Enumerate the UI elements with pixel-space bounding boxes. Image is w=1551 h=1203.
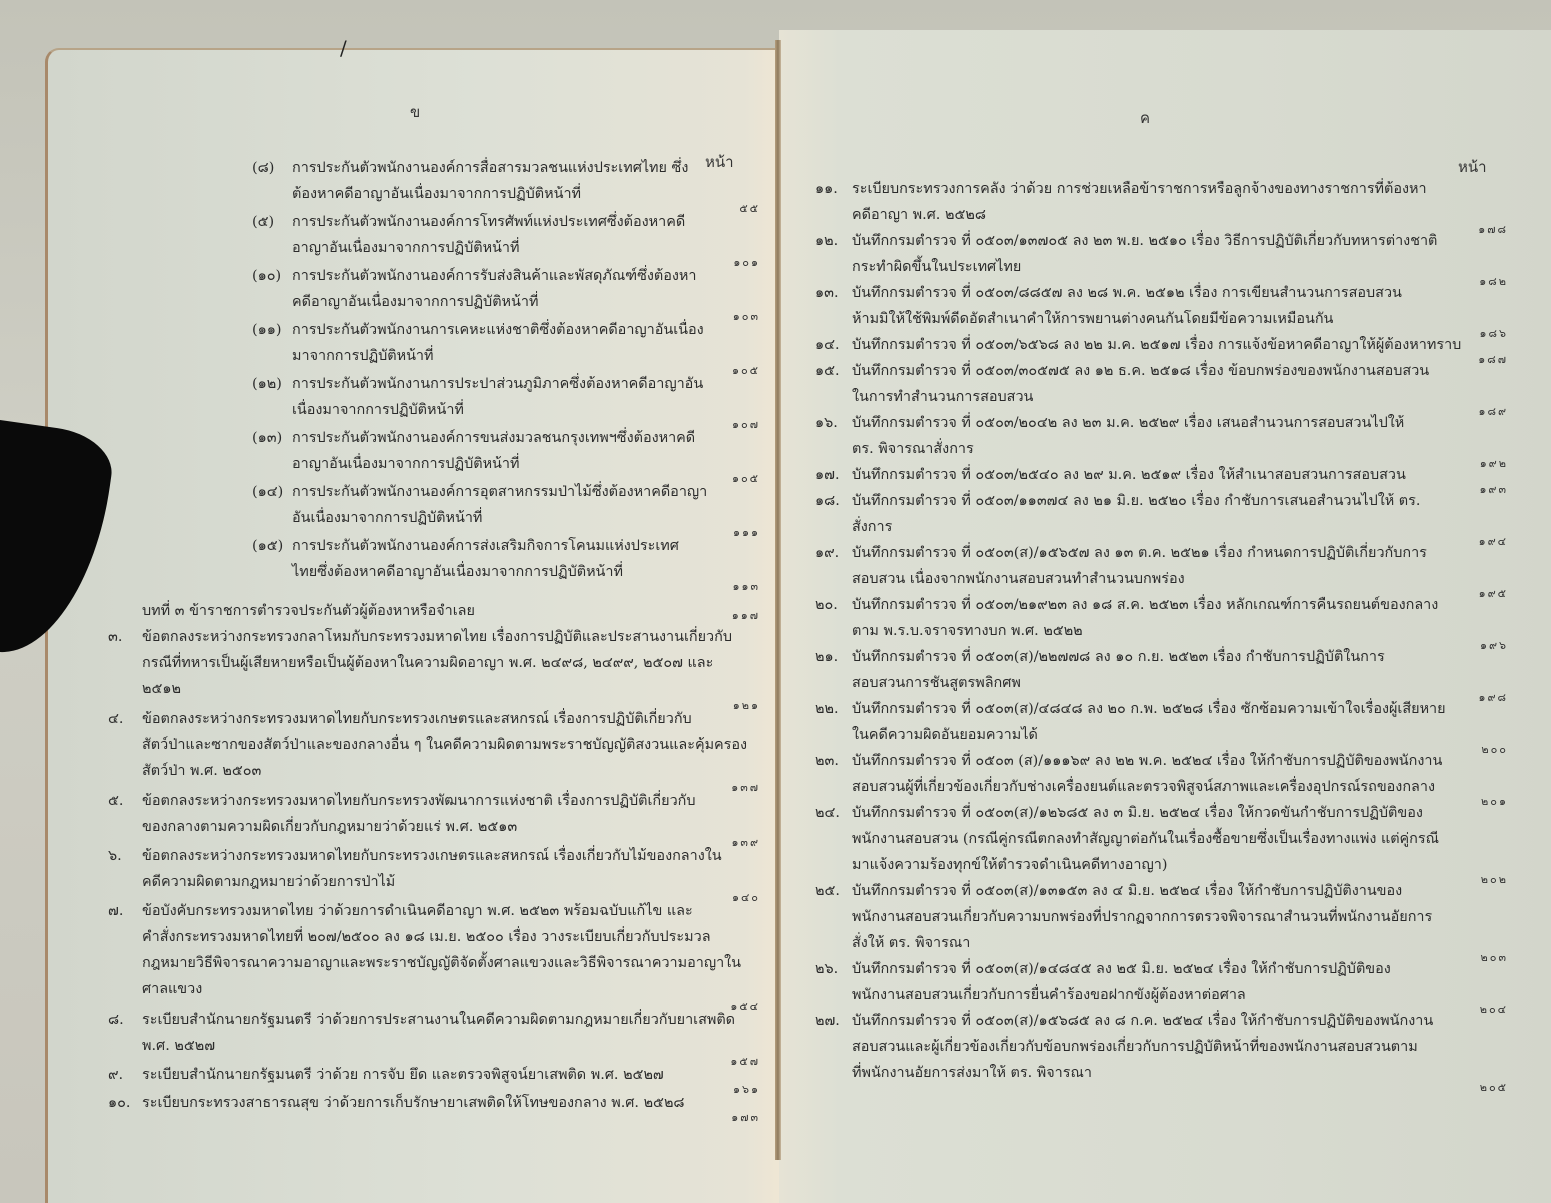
- toc-entry-text: บันทึกกรมตำรวจ ที่ ๐๕๐๓/๒๐๔๒ ลง ๒๓ ม.ค. …: [852, 410, 1404, 436]
- toc-entry-text: บันทึกกรมตำรวจ ที่ ๐๕๐๓/๓๐๕๗๕ ลง ๑๒ ธ.ค.…: [852, 358, 1429, 384]
- toc-entry-number: ๓.: [108, 624, 122, 650]
- toc-entry-number: ๒๔.: [815, 800, 840, 826]
- toc-entry-number: (๘): [252, 155, 274, 181]
- toc-page-number: ๑๑๑: [700, 523, 760, 541]
- toc-entry-text: ระเบียบสำนักนายกรัฐมนตรี ว่าด้วยการประสา…: [142, 1007, 735, 1033]
- toc-page-number: ๑๐๕: [700, 469, 760, 487]
- toc-entry: ๑๖.บันทึกกรมตำรวจ ที่ ๐๕๐๓/๒๐๔๒ ลง ๒๓ ม.…: [852, 410, 1404, 462]
- toc-entry-text: บันทึกกรมตำรวจ ที่ ๐๕๐๓(ส)/๑๒๖๘๕ ลง ๓ มิ…: [852, 800, 1439, 826]
- toc-entry-text: ไทยซึ่งต้องหาคดีอาญาอันเนื่องมาจากการปฏิ…: [292, 559, 679, 585]
- toc-entry-text: ห้ามมิให้ใช้พิมพ์ดีดอัดสำเนาคำให้การพยาน…: [852, 306, 1402, 332]
- toc-entry-number: ๑๖.: [815, 410, 838, 436]
- toc-entry: ๖.ข้อตกลงระหว่างกระทรวงมหาดไทยกับกระทรวง…: [142, 843, 722, 895]
- toc-page-number: ๑๐๗: [700, 415, 760, 433]
- toc-entry: ๑๓.บันทึกกรมตำรวจ ที่ ๐๕๐๓/๘๘๕๗ ลง ๒๘ พ.…: [852, 280, 1402, 332]
- toc-entry-text: บันทึกกรมตำรวจ ที่ ๐๕๐๓(ส)/๑๕๖๘๕ ลง ๘ ก.…: [852, 1008, 1433, 1034]
- toc-entry-number: ๑๗.: [815, 462, 840, 488]
- toc-entry: ๑๔.บันทึกกรมตำรวจ ที่ ๐๕๐๓/๖๕๖๘ ลง ๒๒ ม.…: [852, 332, 1461, 358]
- toc-entry-number: (๕): [252, 209, 274, 235]
- toc-entry-text: สัตว์ป่าและซากของสัตว์ป่าและของกลางอื่น …: [142, 732, 747, 758]
- toc-page-number: ๑๙๕: [1448, 584, 1508, 602]
- toc-entry: ๒๗.บันทึกกรมตำรวจ ที่ ๐๕๐๓(ส)/๑๕๖๘๕ ลง ๘…: [852, 1008, 1433, 1086]
- toc-entry-text: กฎหมายวิธีพิจารณาความอาญาและพระราชบัญญัต…: [142, 950, 741, 976]
- toc-entry-text: บันทึกกรมตำรวจ ที่ ๐๕๐๓(ส)/๑๔๘๔๕ ลง ๒๕ ม…: [852, 956, 1391, 982]
- toc-entry-text: บันทึกกรมตำรวจ ที่ ๐๕๐๓ (ส)/๑๑๑๖๙ ลง ๒๒ …: [852, 748, 1442, 774]
- toc-entry: ๙.ระเบียบสำนักนายกรัฐมนตรี ว่าด้วย การจั…: [142, 1062, 664, 1088]
- toc-entry-number: ๘.: [108, 1007, 124, 1033]
- chapter-title: บทที่ ๓ ข้าราชการตำรวจประกันตัวผู้ต้องหา…: [142, 598, 475, 624]
- toc-entry-text: ๒๕๑๒: [142, 676, 732, 702]
- toc-entry-text: บันทึกกรมตำรวจ ที่ ๐๕๐๓/๒๑๙๒๓ ลง ๑๘ ส.ค.…: [852, 592, 1438, 618]
- toc-entry: ๑๒.บันทึกกรมตำรวจ ที่ ๐๕๐๓/๑๓๗๐๕ ลง ๒๓ พ…: [852, 228, 1437, 280]
- toc-entry-text: บันทึกกรมตำรวจ ที่ ๐๕๐๓(ส)/๑๓๑๕๓ ลง ๔ มิ…: [852, 878, 1432, 904]
- toc-entry: (๑๑)การประกันตัวพนักงานการเคหะแห่งชาติซึ…: [292, 317, 704, 369]
- toc-entry-number: ๒๑.: [815, 644, 838, 670]
- toc-entry-text: ที่พนักงานอัยการส่งมาให้ ตร. พิจารณา: [852, 1060, 1433, 1086]
- toc-page-number: ๑๖๑: [700, 1080, 760, 1098]
- toc-page-number: ๒๐๔: [1448, 1000, 1508, 1018]
- toc-entry-number: ๑๑.: [815, 176, 838, 202]
- toc-entry-text: มาแจ้งความร้องทุกข์ให้ตำรวจดำเนินคดีทางอ…: [852, 852, 1439, 878]
- page-letter-left: ข: [410, 100, 420, 124]
- toc-entry-text: คดีอาญา พ.ศ. ๒๕๒๘: [852, 202, 1427, 228]
- toc-entry-number: ๑๔.: [815, 332, 840, 358]
- toc-entry-text: อันเนื่องมาจากการปฏิบัติหน้าที่: [292, 505, 707, 531]
- toc-page-number: ๑๐๓: [700, 307, 760, 325]
- toc-page-number: ๑๐๕: [700, 361, 760, 379]
- stray-pen-mark: /: [340, 36, 347, 60]
- toc-entry-text: การประกันตัวพนักงานองค์การรับส่งสินค้าแล…: [292, 263, 697, 289]
- toc-entry: ๒๑.บันทึกกรมตำรวจ ที่ ๐๕๐๓(ส)/๒๒๗๗๘ ลง ๑…: [852, 644, 1385, 696]
- toc-page-number: ๒๐๓: [1448, 948, 1508, 966]
- toc-entry-number: ๒๗.: [815, 1008, 840, 1034]
- toc-entry-text: ตร. พิจารณาสั่งการ: [852, 436, 1404, 462]
- toc-page-number: ๒๐๒: [1448, 870, 1508, 888]
- toc-entry-text: การประกันตัวพนักงานการประปาส่วนภูมิภาคซึ…: [292, 371, 703, 397]
- toc-entry-text: การประกันตัวพนักงานองค์การส่งเสริมกิจการ…: [292, 533, 679, 559]
- toc-entry-text: บันทึกกรมตำรวจ ที่ ๐๕๐๓(ส)/๑๕๖๕๗ ลง ๑๓ ต…: [852, 540, 1427, 566]
- page-column-header-right: หน้า: [1458, 155, 1487, 179]
- toc-entry: ๕.ข้อตกลงระหว่างกระทรวงมหาดไทยกับกระทรวง…: [142, 788, 696, 840]
- toc-page-number: ๑๘๗: [1448, 350, 1508, 368]
- toc-entry-number: ๑๓.: [815, 280, 839, 306]
- toc-entry-text: ของกลางตามความผิดเกี่ยวกับกฎหมายว่าด้วยแ…: [142, 814, 696, 840]
- toc-entry: (๑๐)การประกันตัวพนักงานองค์การรับส่งสินค…: [292, 263, 697, 315]
- toc-entry-text: ระเบียบกระทรวงการคลัง ว่าด้วย การช่วยเหล…: [852, 176, 1427, 202]
- toc-entry: ๑๕.บันทึกกรมตำรวจ ที่ ๐๕๐๓/๓๐๕๗๕ ลง ๑๒ ธ…: [852, 358, 1429, 410]
- toc-entry: (๑๒)การประกันตัวพนักงานการประปาส่วนภูมิภ…: [292, 371, 703, 423]
- toc-page-number: ๑๙๓: [1448, 480, 1508, 498]
- toc-entry-text: คดีความผิดตามกฎหมายว่าด้วยการป่าไม้: [142, 869, 722, 895]
- toc-entry-number: ๑๙.: [815, 540, 839, 566]
- toc-entry-number: ๑๘.: [815, 488, 840, 514]
- toc-entry: ๑๐.ระเบียบกระทรวงสาธารณสุข ว่าด้วยการเก็…: [142, 1090, 685, 1116]
- toc-page-number: ๑๑๗: [700, 606, 760, 624]
- toc-entry-text: สอบสวนผู้ที่เกี่ยวข้องเกี่ยวกับช่างเครื่…: [852, 774, 1442, 800]
- toc-entry-number: ๒๕.: [815, 878, 840, 904]
- toc-entry: ๒๓.บันทึกกรมตำรวจ ที่ ๐๕๐๓ (ส)/๑๑๑๖๙ ลง …: [852, 748, 1442, 800]
- toc-page-number: ๑๕๗: [700, 1052, 760, 1070]
- toc-entry-text: อาญาอันเนื่องมาจากการปฏิบัติหน้าที่: [292, 235, 685, 261]
- toc-entry-text: ข้อตกลงระหว่างกระทรวงกลาโหมกับกระทรวงมหา…: [142, 624, 732, 650]
- toc-entry-number: ๑๒.: [815, 228, 838, 254]
- toc-entry-number: ๔.: [108, 706, 123, 732]
- toc-page-number: ๑๑๓: [700, 577, 760, 595]
- toc-page-number: ๑๘๙: [1448, 402, 1508, 420]
- toc-entry-number: (๑๕): [252, 533, 283, 559]
- toc-page-number: ๑๙๖: [1448, 636, 1508, 654]
- toc-entry: ๑๑.ระเบียบกระทรวงการคลัง ว่าด้วย การช่วย…: [852, 176, 1427, 228]
- toc-entry-text: ศาลแขวง: [142, 976, 741, 1002]
- toc-entry: ๑๗.บันทึกกรมตำรวจ ที่ ๐๕๐๓/๒๕๔๐ ลง ๒๙ ม.…: [852, 462, 1406, 488]
- toc-entry-text: สอบสวนและผู้เกี่ยวข้องเกี่ยวกับข้อบกพร่อ…: [852, 1034, 1433, 1060]
- toc-entry-text: บันทึกกรมตำรวจ ที่ ๐๕๐๓(ส)/๔๘๔๘ ลง ๒๐ ก.…: [852, 696, 1446, 722]
- toc-entry-number: (๑๔): [252, 479, 283, 505]
- toc-entry-number: ๒๒.: [815, 696, 839, 722]
- toc-entry-text: การประกันตัวพนักงานองค์การโทรศัพท์แห่งปร…: [292, 209, 685, 235]
- toc-page-number: ๒๐๕: [1448, 1078, 1508, 1096]
- toc-entry: ๔.ข้อตกลงระหว่างกระทรวงมหาดไทยกับกระทรวง…: [142, 706, 747, 784]
- toc-entry: ๒๕.บันทึกกรมตำรวจ ที่ ๐๕๐๓(ส)/๑๓๑๕๓ ลง ๔…: [852, 878, 1432, 956]
- toc-entry-text: คำสั่งกระทรวงมหาดไทยที่ ๒๐๗/๒๕๐๐ ลง ๑๘ เ…: [142, 924, 741, 950]
- toc-page-number: ๒๐๑: [1448, 792, 1508, 810]
- toc-page-number: ๑๙๘: [1448, 688, 1508, 706]
- toc-entry-text: บันทึกกรมตำรวจ ที่ ๐๕๐๓/๑๓๗๐๕ ลง ๒๓ พ.ย.…: [852, 228, 1437, 254]
- toc-entry: (๕)การประกันตัวพนักงานองค์การโทรศัพท์แห่…: [292, 209, 685, 261]
- toc-entry-text: บันทึกกรมตำรวจ ที่ ๐๕๐๓/๑๑๓๗๔ ลง ๒๑ มิ.ย…: [852, 488, 1420, 514]
- toc-entry-number: ๕.: [108, 788, 123, 814]
- toc-entry-text: พนักงานสอบสวนเกี่ยวกับความบกพร่องที่ปราก…: [852, 904, 1432, 930]
- toc-entry-text: พ.ศ. ๒๕๒๗: [142, 1033, 735, 1059]
- toc-entry-number: ๑๐.: [108, 1090, 131, 1116]
- toc-entry-text: สอบสวนการชันสูตรพลิกศพ: [852, 670, 1385, 696]
- toc-entry-text: การประกันตัวพนักงานองค์การขนส่งมวลชนกรุง…: [292, 425, 695, 451]
- toc-page-number: ๑๐๑: [700, 253, 760, 271]
- toc-entry-text: ข้อตกลงระหว่างกระทรวงมหาดไทยกับกระทรวงเก…: [142, 843, 722, 869]
- toc-entry-text: ต้องหาคดีอาญาอันเนื่องมาจากการปฏิบัติหน้…: [292, 181, 688, 207]
- toc-page-number: ๑๗๓: [700, 1108, 760, 1126]
- toc-entry-text: การประกันตัวพนักงานองค์การสื่อสารมวลชนแห…: [292, 155, 688, 181]
- toc-entry: (๑๔)การประกันตัวพนักงานองค์การอุตสาหกรรม…: [292, 479, 707, 531]
- toc-entry: (๘)การประกันตัวพนักงานองค์การสื่อสารมวลช…: [292, 155, 688, 207]
- toc-page-number: ๕๕: [700, 199, 760, 217]
- toc-entry-text: บันทึกกรมตำรวจ ที่ ๐๕๐๓/๖๕๖๘ ลง ๒๒ ม.ค. …: [852, 332, 1461, 358]
- toc-entry-text: สอบสวน เนื่องจากพนักงานสอบสวนทำสำนวนบกพร…: [852, 566, 1427, 592]
- toc-page-number: ๑๘๒: [1448, 272, 1508, 290]
- toc-entry-text: ตาม พ.ร.บ.จราจรทางบก พ.ศ. ๒๕๒๒: [852, 618, 1438, 644]
- toc-entry: ๒๐.บันทึกกรมตำรวจ ที่ ๐๕๐๓/๒๑๙๒๓ ลง ๑๘ ส…: [852, 592, 1438, 644]
- toc-entry-text: ในการทำสำนวนการสอบสวน: [852, 384, 1429, 410]
- toc-entry-text: สัตว์ป่า พ.ศ. ๒๕๐๓: [142, 758, 747, 784]
- toc-entry-number: (๑๓): [252, 425, 282, 451]
- toc-entry-text: ระเบียบกระทรวงสาธารณสุข ว่าด้วยการเก็บรั…: [142, 1090, 685, 1116]
- toc-entry-number: (๑๐): [252, 263, 281, 289]
- toc-page-number: ๑๙๔: [1448, 532, 1508, 550]
- toc-entry-number: ๒๐.: [815, 592, 838, 618]
- toc-entry-number: (๑๑): [252, 317, 282, 343]
- toc-entry-number: ๒๖.: [815, 956, 838, 982]
- toc-page-number: ๑๙๒: [1448, 454, 1508, 472]
- toc-entry: ๓.ข้อตกลงระหว่างกระทรวงกลาโหมกับกระทรวงม…: [142, 624, 732, 702]
- toc-entry-number: ๒๓.: [815, 748, 839, 774]
- toc-page-number: ๒๐๐: [1448, 740, 1508, 758]
- toc-entry: ๘.ระเบียบสำนักนายกรัฐมนตรี ว่าด้วยการประ…: [142, 1007, 735, 1059]
- page-column-header-left: หน้า: [705, 150, 734, 174]
- toc-entry-number: ๙.: [108, 1062, 123, 1088]
- toc-entry-text: กรณีที่ทหารเป็นผู้เสียหายหรือเป็นผู้ต้อง…: [142, 650, 732, 676]
- toc-entry-text: สั่งให้ ตร. พิจารณา: [852, 930, 1432, 956]
- toc-entry: ๒๔.บันทึกกรมตำรวจ ที่ ๐๕๐๓(ส)/๑๒๖๘๕ ลง ๓…: [852, 800, 1439, 878]
- toc-entry-text: เนื่องมาจากการปฏิบัติหน้าที่: [292, 397, 703, 423]
- toc-entry-text: บันทึกกรมตำรวจ ที่ ๐๕๐๓/๒๕๔๐ ลง ๒๙ ม.ค. …: [852, 462, 1406, 488]
- toc-entry-text: บันทึกกรมตำรวจ ที่ ๐๕๐๓/๘๘๕๗ ลง ๒๘ พ.ค. …: [852, 280, 1402, 306]
- toc-entry-text: คดีอาญาอันเนื่องมาจากการปฏิบัติหน้าที่: [292, 289, 697, 315]
- toc-entry-number: (๑๒): [252, 371, 282, 397]
- toc-entry: ๑๙.บันทึกกรมตำรวจ ที่ ๐๕๐๓(ส)/๑๕๖๕๗ ลง ๑…: [852, 540, 1427, 592]
- toc-entry-number: ๑๕.: [815, 358, 840, 384]
- toc-entry-number: ๗.: [108, 898, 123, 924]
- toc-page-number: ๑๗๘: [1448, 220, 1508, 238]
- toc-entry-number: ๖.: [108, 843, 122, 869]
- toc-page-number: ๑๓๗: [700, 778, 760, 796]
- toc-entry-text: ข้อบังคับกระทรวงมหาดไทย ว่าด้วยการดำเนิน…: [142, 898, 741, 924]
- toc-entry-text: พนักงานสอบสวนเกี่ยวกับการยื่นคำร้องขอฝาก…: [852, 982, 1391, 1008]
- toc-entry-text: อาญาอันเนื่องมาจากการปฏิบัติหน้าที่: [292, 451, 695, 477]
- toc-entry: (๑๓)การประกันตัวพนักงานองค์การขนส่งมวลชน…: [292, 425, 695, 477]
- toc-entry-text: การประกันตัวพนักงานองค์การอุตสาหกรรมป่าไ…: [292, 479, 707, 505]
- toc-entry-text: การประกันตัวพนักงานการเคหะแห่งชาติซึ่งต้…: [292, 317, 704, 343]
- toc-entry: ๒๒.บันทึกกรมตำรวจ ที่ ๐๕๐๓(ส)/๔๘๔๘ ลง ๒๐…: [852, 696, 1446, 748]
- toc-entry: ๗.ข้อบังคับกระทรวงมหาดไทย ว่าด้วยการดำเน…: [142, 898, 741, 1002]
- toc-entry-text: ข้อตกลงระหว่างกระทรวงมหาดไทยกับกระทรวงเก…: [142, 706, 747, 732]
- toc-entry-text: ข้อตกลงระหว่างกระทรวงมหาดไทยกับกระทรวงพั…: [142, 788, 696, 814]
- toc-entry-text: พนักงานสอบสวน (กรณีคู่กรณีตกลงทำสัญญาต่อ…: [852, 826, 1439, 852]
- toc-entry: ๑๘.บันทึกกรมตำรวจ ที่ ๐๕๐๓/๑๑๓๗๔ ลง ๒๑ ม…: [852, 488, 1420, 540]
- toc-entry-text: กระทำผิดขึ้นในประเทศไทย: [852, 254, 1437, 280]
- toc-entry-text: บันทึกกรมตำรวจ ที่ ๐๕๐๓(ส)/๒๒๗๗๘ ลง ๑๐ ก…: [852, 644, 1385, 670]
- toc-entry-text: ระเบียบสำนักนายกรัฐมนตรี ว่าด้วย การจับ …: [142, 1062, 664, 1088]
- book-gutter: [775, 40, 781, 1160]
- toc-entry-text: ในคดีความผิดอันยอมความได้: [852, 722, 1446, 748]
- toc-entry-text: มาจากการปฏิบัติหน้าที่: [292, 343, 704, 369]
- toc-entry: ๒๖.บันทึกกรมตำรวจ ที่ ๐๕๐๓(ส)/๑๔๘๔๕ ลง ๒…: [852, 956, 1391, 1008]
- page-letter-right: ค: [1140, 106, 1150, 130]
- toc-entry-text: สั่งการ: [852, 514, 1420, 540]
- toc-entry: (๑๕)การประกันตัวพนักงานองค์การส่งเสริมกิ…: [292, 533, 679, 585]
